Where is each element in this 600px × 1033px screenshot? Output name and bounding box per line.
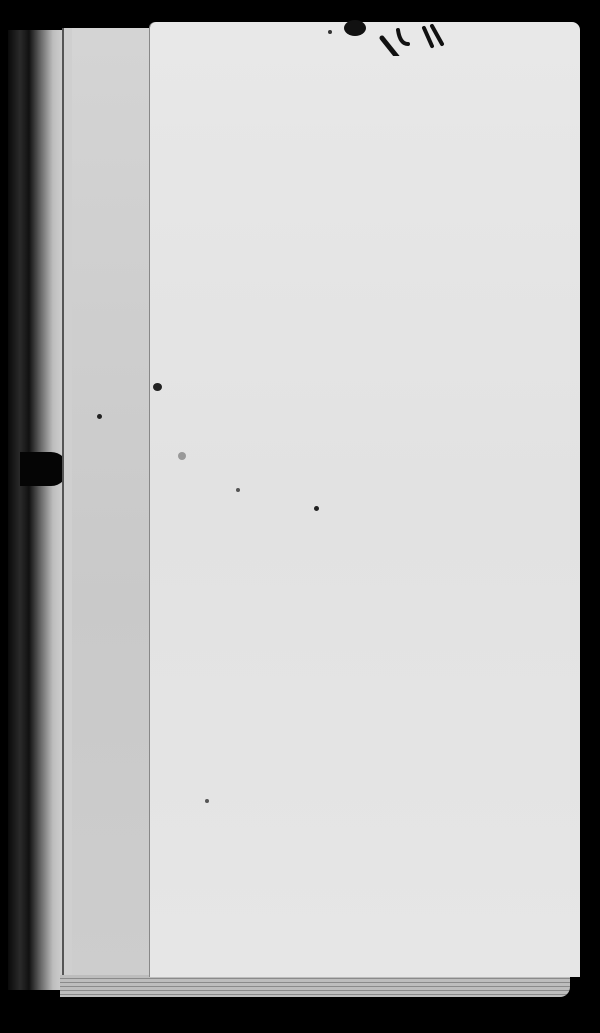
- ink-spot: [205, 799, 209, 803]
- ink-spot: [178, 452, 186, 460]
- ink-mark: [320, 16, 450, 56]
- page-stub: [62, 28, 156, 978]
- book-binding: [8, 30, 68, 990]
- page-stub-surface: [72, 28, 154, 978]
- ink-spot: [236, 488, 240, 492]
- ink-spot: [153, 383, 162, 391]
- ink-spot: [314, 506, 319, 511]
- page-edges: [60, 975, 570, 997]
- binding-strap: [20, 452, 68, 486]
- ink-spot: [97, 414, 102, 419]
- blank-page: [150, 22, 580, 977]
